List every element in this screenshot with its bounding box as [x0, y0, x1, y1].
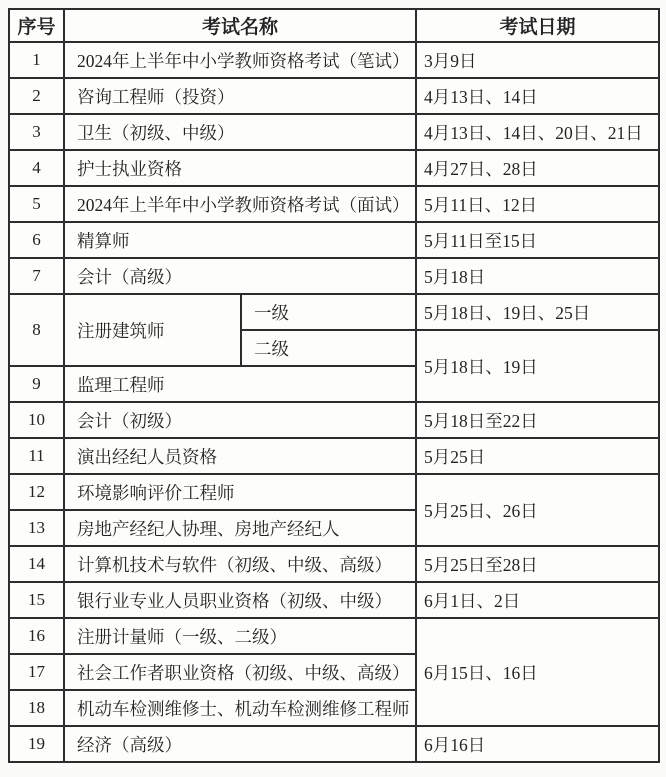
exam-date: 5月25日、26日	[416, 474, 659, 546]
table-row: 15 银行业专业人员职业资格（初级、中级） 6月1日、2日	[9, 582, 659, 618]
exam-name: 2024年上半年中小学教师资格考试（面试）	[64, 186, 416, 222]
exam-name: 护士执业资格	[64, 150, 416, 186]
exam-date: 6月16日	[416, 726, 659, 762]
row-no: 10	[9, 402, 64, 438]
table-row: 12 环境影响评价工程师 5月25日、26日	[9, 474, 659, 510]
row-no: 16	[9, 618, 64, 654]
exam-name: 2024年上半年中小学教师资格考试（笔试）	[64, 42, 416, 78]
table-row: 19 经济（高级） 6月16日	[9, 726, 659, 762]
exam-name: 卫生（初级、中级）	[64, 114, 416, 150]
exam-date: 4月13日、14日	[416, 78, 659, 114]
exam-date: 5月18日、19日、25日	[416, 294, 659, 330]
exam-date: 5月25日至28日	[416, 546, 659, 582]
row-no: 12	[9, 474, 64, 510]
exam-date: 4月13日、14日、20日、21日	[416, 114, 659, 150]
row-no: 2	[9, 78, 64, 114]
table-header-row: 序号 考试名称 考试日期	[9, 9, 659, 42]
row-no: 13	[9, 510, 64, 546]
exam-date: 3月9日	[416, 42, 659, 78]
row-no: 11	[9, 438, 64, 474]
exam-name: 监理工程师	[64, 366, 416, 402]
row-no: 4	[9, 150, 64, 186]
row-no: 8	[9, 294, 64, 366]
exam-date: 5月25日	[416, 438, 659, 474]
table-row: 5 2024年上半年中小学教师资格考试（面试） 5月11日、12日	[9, 186, 659, 222]
row-no: 6	[9, 222, 64, 258]
exam-name: 精算师	[64, 222, 416, 258]
exam-date: 5月18日	[416, 258, 659, 294]
row-no: 7	[9, 258, 64, 294]
exam-name: 银行业专业人员职业资格（初级、中级）	[64, 582, 416, 618]
exam-name: 计算机技术与软件（初级、中级、高级）	[64, 546, 416, 582]
exam-date: 6月15日、16日	[416, 618, 659, 726]
row-no: 3	[9, 114, 64, 150]
exam-name: 社会工作者职业资格（初级、中级、高级）	[64, 654, 416, 690]
exam-name: 会计（初级）	[64, 402, 416, 438]
document-page: 序号 考试名称 考试日期 1 2024年上半年中小学教师资格考试（笔试） 3月9…	[0, 0, 666, 777]
exam-date: 6月1日、2日	[416, 582, 659, 618]
table-row: 2 咨询工程师（投资） 4月13日、14日	[9, 78, 659, 114]
row-no: 9	[9, 366, 64, 402]
row-no: 17	[9, 654, 64, 690]
row-no: 5	[9, 186, 64, 222]
exam-date: 5月11日至15日	[416, 222, 659, 258]
exam-name: 咨询工程师（投资）	[64, 78, 416, 114]
table-row: 16 注册计量师（一级、二级） 6月15日、16日	[9, 618, 659, 654]
table-row: 4 护士执业资格 4月27日、28日	[9, 150, 659, 186]
table-row: 1 2024年上半年中小学教师资格考试（笔试） 3月9日	[9, 42, 659, 78]
row-no: 15	[9, 582, 64, 618]
exam-date: 5月11日、12日	[416, 186, 659, 222]
header-no: 序号	[9, 9, 64, 42]
row-no: 1	[9, 42, 64, 78]
exam-name: 注册建筑师	[64, 294, 241, 366]
exam-date: 5月18日、19日	[416, 330, 659, 402]
table-row: 6 精算师 5月11日至15日	[9, 222, 659, 258]
exam-name: 演出经纪人员资格	[64, 438, 416, 474]
exam-name: 经济（高级）	[64, 726, 416, 762]
header-date: 考试日期	[416, 9, 659, 42]
table-row: 14 计算机技术与软件（初级、中级、高级） 5月25日至28日	[9, 546, 659, 582]
exam-sub-level: 一级	[241, 294, 416, 330]
table-row: 11 演出经纪人员资格 5月25日	[9, 438, 659, 474]
table-row: 10 会计（初级） 5月18日至22日	[9, 402, 659, 438]
exam-name: 房地产经纪人协理、房地产经纪人	[64, 510, 416, 546]
exam-date: 5月18日至22日	[416, 402, 659, 438]
exam-date: 4月27日、28日	[416, 150, 659, 186]
table-row-8a: 8 注册建筑师 一级 5月18日、19日、25日	[9, 294, 659, 330]
exam-name: 机动车检测维修士、机动车检测维修工程师	[64, 690, 416, 726]
exam-name: 注册计量师（一级、二级）	[64, 618, 416, 654]
exam-schedule-table: 序号 考试名称 考试日期 1 2024年上半年中小学教师资格考试（笔试） 3月9…	[8, 8, 660, 763]
exam-sub-level: 二级	[241, 330, 416, 366]
row-no: 19	[9, 726, 64, 762]
exam-name: 环境影响评价工程师	[64, 474, 416, 510]
header-name: 考试名称	[64, 9, 416, 42]
exam-name: 会计（高级）	[64, 258, 416, 294]
row-no: 14	[9, 546, 64, 582]
row-no: 18	[9, 690, 64, 726]
table-row: 7 会计（高级） 5月18日	[9, 258, 659, 294]
table-row: 3 卫生（初级、中级） 4月13日、14日、20日、21日	[9, 114, 659, 150]
